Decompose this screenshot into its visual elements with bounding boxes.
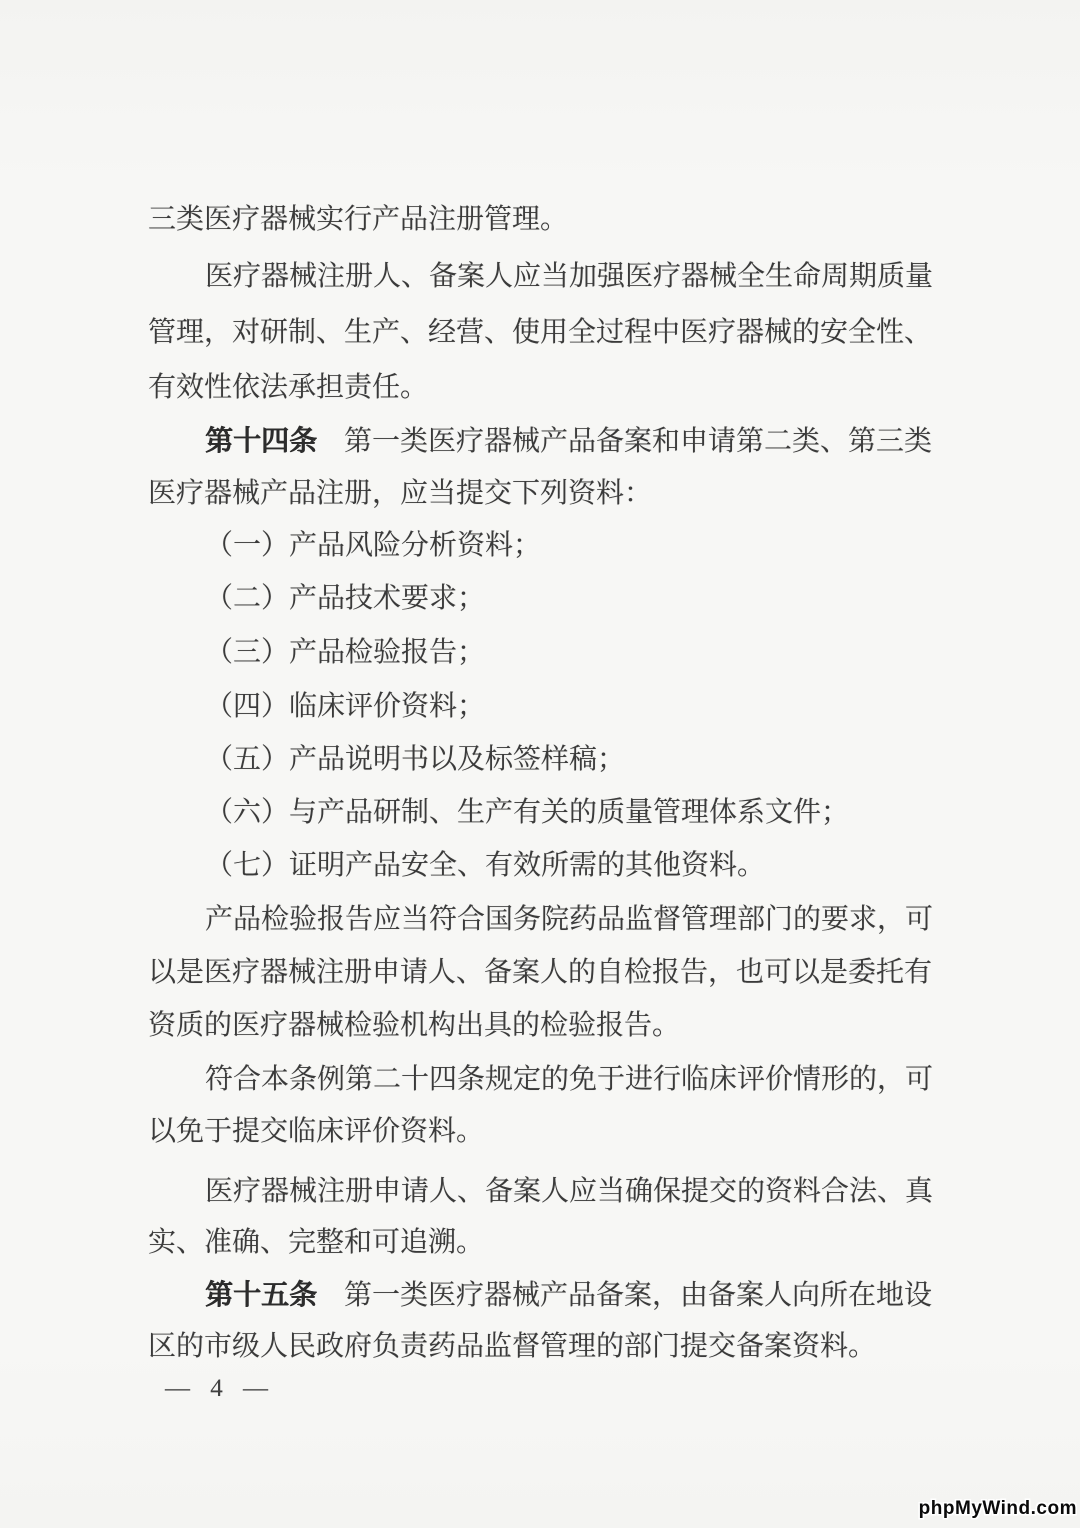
- document-page: 三类医疗器械实行产品注册管理。 医疗器械注册人、备案人应当加强医疗器械全生命周期…: [0, 0, 1080, 1528]
- document-line: 产品检验报告应当符合国务院药品监督管理部门的要求，可: [205, 905, 933, 935]
- article-15-number: 第十五条: [205, 1280, 317, 1311]
- document-line: 符合本条例第二十四条规定的免于进行临床评价情形的，可: [205, 1065, 933, 1095]
- watermark: phpMyWind.com: [919, 1498, 1077, 1520]
- list-item-7: （七）证明产品安全、有效所需的其他资料。: [205, 851, 765, 881]
- document-line: 三类医疗器械实行产品注册管理。: [148, 205, 568, 235]
- article-14-text: 第一类医疗器械产品备案和申请第二类、第三类: [344, 426, 932, 457]
- document-line: 资质的医疗器械检验机构出具的检验报告。: [148, 1011, 680, 1041]
- article-14-number: 第十四条: [205, 426, 317, 457]
- document-line: 医疗器械注册申请人、备案人应当确保提交的资料合法、真: [205, 1177, 933, 1207]
- list-item-5: （五）产品说明书以及标签样稿；: [205, 745, 625, 775]
- list-item-6: （六）与产品研制、生产有关的质量管理体系文件；: [205, 798, 849, 828]
- document-line: 区的市级人民政府负责药品监督管理的部门提交备案资料。: [148, 1332, 876, 1362]
- article-15-text: 第一类医疗器械产品备案，由备案人向所在地设: [344, 1280, 932, 1311]
- list-item-4: （四）临床评价资料；: [205, 692, 485, 722]
- document-line: 医疗器械注册人、备案人应当加强医疗器械全生命周期质量: [205, 262, 933, 292]
- document-line: 以免于提交临床评价资料。: [148, 1117, 484, 1147]
- document-line: 以是医疗器械注册申请人、备案人的自检报告，也可以是委托有: [148, 958, 932, 988]
- article-14-heading-line: 第十四条第一类医疗器械产品备案和申请第二类、第三类: [205, 427, 932, 457]
- list-item-2: （二）产品技术要求；: [205, 584, 485, 614]
- list-item-3: （三）产品检验报告；: [205, 638, 485, 668]
- document-line: 有效性依法承担责任。: [148, 373, 428, 403]
- document-line: 医疗器械产品注册，应当提交下列资料：: [148, 479, 652, 509]
- document-line: 实、准确、完整和可追溯。: [148, 1228, 484, 1258]
- page-number: — 4 —: [165, 1375, 270, 1403]
- document-line: 管理，对研制、生产、经营、使用全过程中医疗器械的安全性、: [148, 318, 932, 348]
- article-15-heading-line: 第十五条第一类医疗器械产品备案，由备案人向所在地设: [205, 1281, 932, 1311]
- list-item-1: （一）产品风险分析资料；: [205, 531, 541, 561]
